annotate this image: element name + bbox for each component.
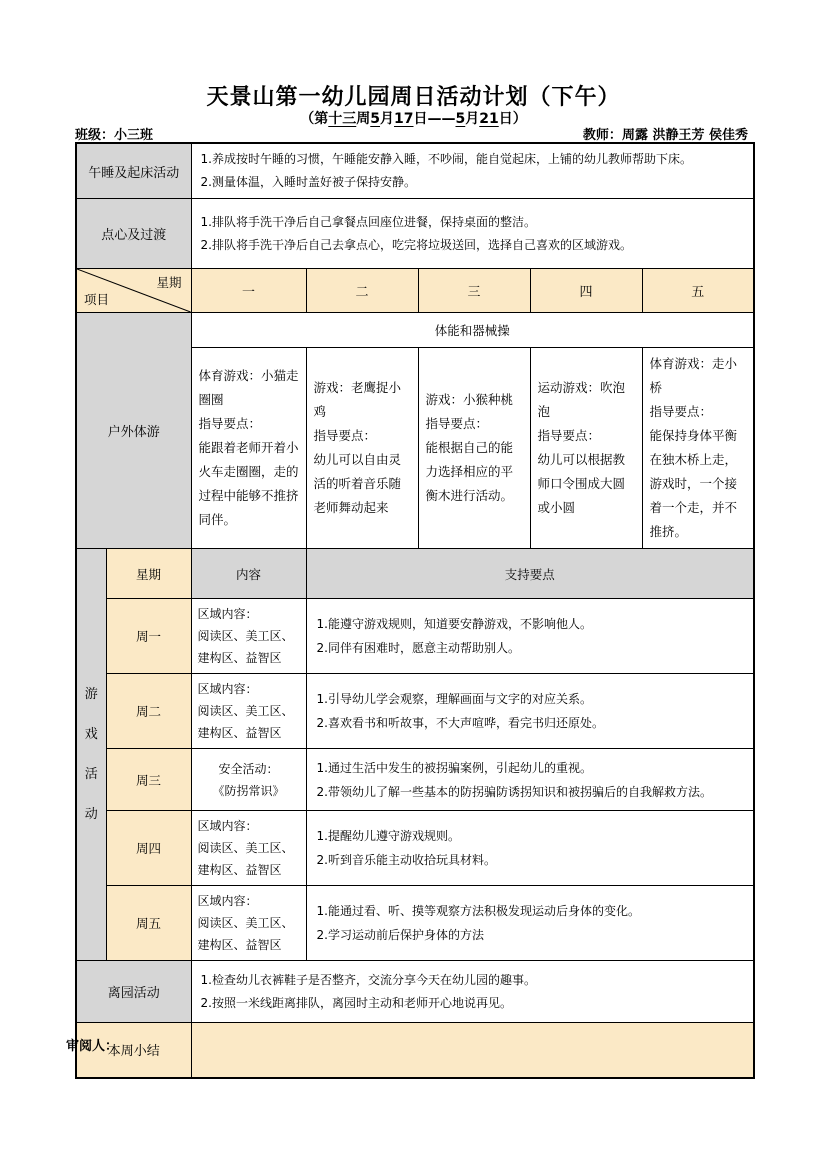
page-title: 天景山第一幼儿园周日活动计划（下午） <box>0 80 827 111</box>
games-row-tue: 周二 区域内容： 阅读区、美工区、建构区、益智区 1.引导幼儿学会观察，理解画面… <box>76 674 754 749</box>
weekday-header-row: 星期 项目 一 二 三 四 五 <box>76 269 754 313</box>
diagonal-item-label: 项目 <box>84 290 109 308</box>
outdoor-game-wed-text: 游戏：小猴种桃 指导要点： 能根据自己的能力选择相应的平衡木进行活动。 <box>426 388 523 508</box>
nap-row-label: 午睡及起床活动 <box>76 143 191 199</box>
outdoor-banner: 体能和器械操 <box>191 313 754 348</box>
nap-row-text: 1.养成按时午睡的习惯，午睡能安静入睡，不吵闹，能自觉起床，上铺的幼儿教师帮助下… <box>201 148 745 194</box>
games-content-thu: 区域内容： 阅读区、美工区、建构区、益智区 <box>191 811 306 886</box>
day-header-mon: 一 <box>191 269 306 313</box>
reviewer-label: 审阅人： <box>66 1035 118 1054</box>
table-row: 户外体游 体能和器械操 <box>76 313 754 348</box>
day-header-thu: 四 <box>530 269 642 313</box>
games-content-tue-text: 区域内容： 阅读区、美工区、建构区、益智区 <box>198 678 300 744</box>
games-section-label: 游 戏 活 动 <box>76 549 106 961</box>
games-content-thu-text: 区域内容： 阅读区、美工区、建构区、益智区 <box>198 815 300 881</box>
games-day-tue: 周二 <box>106 674 191 749</box>
games-support-wed-text: 1.通过生活中发生的被拐骗案例，引起幼儿的重视。 2.带领幼儿了解一些基本的防拐… <box>317 756 744 804</box>
games-support-tue: 1.引导幼儿学会观察，理解画面与文字的对应关系。 2.喜欢看书和听故事，不大声喧… <box>306 674 754 749</box>
outdoor-game-thu: 运动游戏：吹泡泡 指导要点： 幼儿可以根据教师口令围成大圆或小圆 <box>530 348 642 549</box>
games-header-row: 游 戏 活 动 星期 内容 支持要点 <box>76 549 754 599</box>
snack-row-text: 1.排队将手洗干净后自己拿餐点回座位进餐，保持桌面的整洁。 2.排队将手洗干净后… <box>201 211 745 257</box>
games-day-thu: 周四 <box>106 811 191 886</box>
games-row-fri: 周五 区域内容： 阅读区、美工区、建构区、益智区 1.能通过看、听、摸等观察方法… <box>76 886 754 961</box>
outdoor-game-tue-text: 游戏：老鹰捉小鸡 指导要点： 幼儿可以自由灵活的听着音乐随老师舞动起来 <box>314 376 411 520</box>
games-day-fri: 周五 <box>106 886 191 961</box>
outdoor-game-thu-text: 运动游戏：吹泡泡 指导要点： 幼儿可以根据教师口令围成大圆或小圆 <box>538 376 635 520</box>
games-week-header: 星期 <box>106 549 191 599</box>
day-header-wed: 三 <box>418 269 530 313</box>
games-support-header: 支持要点 <box>306 549 754 599</box>
info-line: 班级：小三班 教师：周露 洪静王芳 侯佳秀 <box>75 124 753 144</box>
games-support-fri: 1.能通过看、听、摸等观察方法积极发现运动后身体的变化。 2.学习运动前后保护身… <box>306 886 754 961</box>
outdoor-game-tue: 游戏：老鹰捉小鸡 指导要点： 幼儿可以自由灵活的听着音乐随老师舞动起来 <box>306 348 418 549</box>
outdoor-row-label: 户外体游 <box>76 313 191 549</box>
class-label: 班级： <box>75 128 114 143</box>
games-content-tue: 区域内容： 阅读区、美工区、建构区、益智区 <box>191 674 306 749</box>
games-content-wed: 安全活动： 《防拐常识》 <box>191 749 306 811</box>
snack-row-content: 1.排队将手洗干净后自己拿餐点回座位进餐，保持桌面的整洁。 2.排队将手洗干净后… <box>191 199 754 269</box>
outdoor-game-fri-text: 体育游戏：走小桥 指导要点： 能保持身体平衡在独木桥上走，游戏时，一个接着一个走… <box>650 352 747 544</box>
day-header-tue: 二 <box>306 269 418 313</box>
games-support-tue-text: 1.引导幼儿学会观察，理解画面与文字的对应关系。 2.喜欢看书和听故事，不大声喧… <box>317 687 744 735</box>
games-content-mon: 区域内容： 阅读区、美工区、建构区、益智区 <box>191 599 306 674</box>
class-field: 班级：小三班 <box>75 124 206 144</box>
activity-plan-table: 午睡及起床活动 1.养成按时午睡的习惯，午睡能安静入睡，不吵闹，能自觉起床，上铺… <box>75 142 755 1079</box>
games-support-wed: 1.通过生活中发生的被拐骗案例，引起幼儿的重视。 2.带领幼儿了解一些基本的防拐… <box>306 749 754 811</box>
games-content-mon-text: 区域内容： 阅读区、美工区、建构区、益智区 <box>198 603 300 669</box>
games-content-fri: 区域内容： 阅读区、美工区、建构区、益智区 <box>191 886 306 961</box>
outdoor-game-fri: 体育游戏：走小桥 指导要点： 能保持身体平衡在独木桥上走，游戏时，一个接着一个走… <box>642 348 754 549</box>
games-content-header: 内容 <box>191 549 306 599</box>
table-row: 离园活动 1.检查幼儿衣裤鞋子是否整齐，交流分享今天在幼儿园的趣事。 2.按照一… <box>76 961 754 1023</box>
games-support-mon-text: 1.能遵守游戏规则，知道要安静游戏，不影响他人。 2.同伴有困难时，愿意主动帮助… <box>317 612 744 660</box>
teacher-value: 周露 洪静王芳 侯佳秀 <box>622 124 753 144</box>
teacher-label: 教师： <box>583 128 622 143</box>
summary-row-content <box>191 1023 754 1078</box>
nap-row-content: 1.养成按时午睡的习惯，午睡能安静入睡，不吵闹，能自觉起床，上铺的幼儿教师帮助下… <box>191 143 754 199</box>
leave-row-content: 1.检查幼儿衣裤鞋子是否整齐，交流分享今天在幼儿园的趣事。 2.按照一米线距离排… <box>191 961 754 1023</box>
games-row-thu: 周四 区域内容： 阅读区、美工区、建构区、益智区 1.提醒幼儿遵守游戏规则。 2… <box>76 811 754 886</box>
games-day-wed: 周三 <box>106 749 191 811</box>
outdoor-game-mon-text: 体育游戏：小猫走圈圈 指导要点： 能跟着老师开着小火车走圈圈，走的过程中能够不推… <box>199 364 299 532</box>
table-row: 本周小结 <box>76 1023 754 1078</box>
games-support-thu-text: 1.提醒幼儿遵守游戏规则。 2.听到音乐能主动收拾玩具材料。 <box>317 824 744 872</box>
outdoor-game-wed: 游戏：小猴种桃 指导要点： 能根据自己的能力选择相应的平衡木进行活动。 <box>418 348 530 549</box>
games-day-mon: 周一 <box>106 599 191 674</box>
games-support-fri-text: 1.能通过看、听、摸等观察方法积极发现运动后身体的变化。 2.学习运动前后保护身… <box>317 899 744 947</box>
outdoor-game-mon: 体育游戏：小猫走圈圈 指导要点： 能跟着老师开着小火车走圈圈，走的过程中能够不推… <box>191 348 306 549</box>
diagonal-week-label: 星期 <box>157 273 182 291</box>
table-row: 点心及过渡 1.排队将手洗干净后自己拿餐点回座位进餐，保持桌面的整洁。 2.排队… <box>76 199 754 269</box>
class-value: 小三班 <box>114 124 206 144</box>
games-row-wed: 周三 安全活动： 《防拐常识》 1.通过生活中发生的被拐骗案例，引起幼儿的重视。… <box>76 749 754 811</box>
leave-row-label: 离园活动 <box>76 961 191 1023</box>
leave-row-text: 1.检查幼儿衣裤鞋子是否整齐，交流分享今天在幼儿园的趣事。 2.按照一米线距离排… <box>201 969 745 1015</box>
teacher-field: 教师：周露 洪静王芳 侯佳秀 <box>583 124 753 144</box>
day-header-fri: 五 <box>642 269 754 313</box>
games-support-thu: 1.提醒幼儿遵守游戏规则。 2.听到音乐能主动收拾玩具材料。 <box>306 811 754 886</box>
games-row-mon: 周一 区域内容： 阅读区、美工区、建构区、益智区 1.能遵守游戏规则，知道要安静… <box>76 599 754 674</box>
table-row: 午睡及起床活动 1.养成按时午睡的习惯，午睡能安静入睡，不吵闹，能自觉起床，上铺… <box>76 143 754 199</box>
games-support-mon: 1.能遵守游戏规则，知道要安静游戏，不影响他人。 2.同伴有困难时，愿意主动帮助… <box>306 599 754 674</box>
games-content-wed-text: 安全活动： 《防拐常识》 <box>198 758 300 802</box>
games-content-fri-text: 区域内容： 阅读区、美工区、建构区、益智区 <box>198 890 300 956</box>
snack-row-label: 点心及过渡 <box>76 199 191 269</box>
diagonal-header-cell: 星期 项目 <box>76 269 191 313</box>
document-page: 天景山第一幼儿园周日活动计划（下午） （第十三周5月17日——5月21日） 班级… <box>0 0 827 1170</box>
games-section-label-text: 游 戏 活 动 <box>77 675 106 835</box>
